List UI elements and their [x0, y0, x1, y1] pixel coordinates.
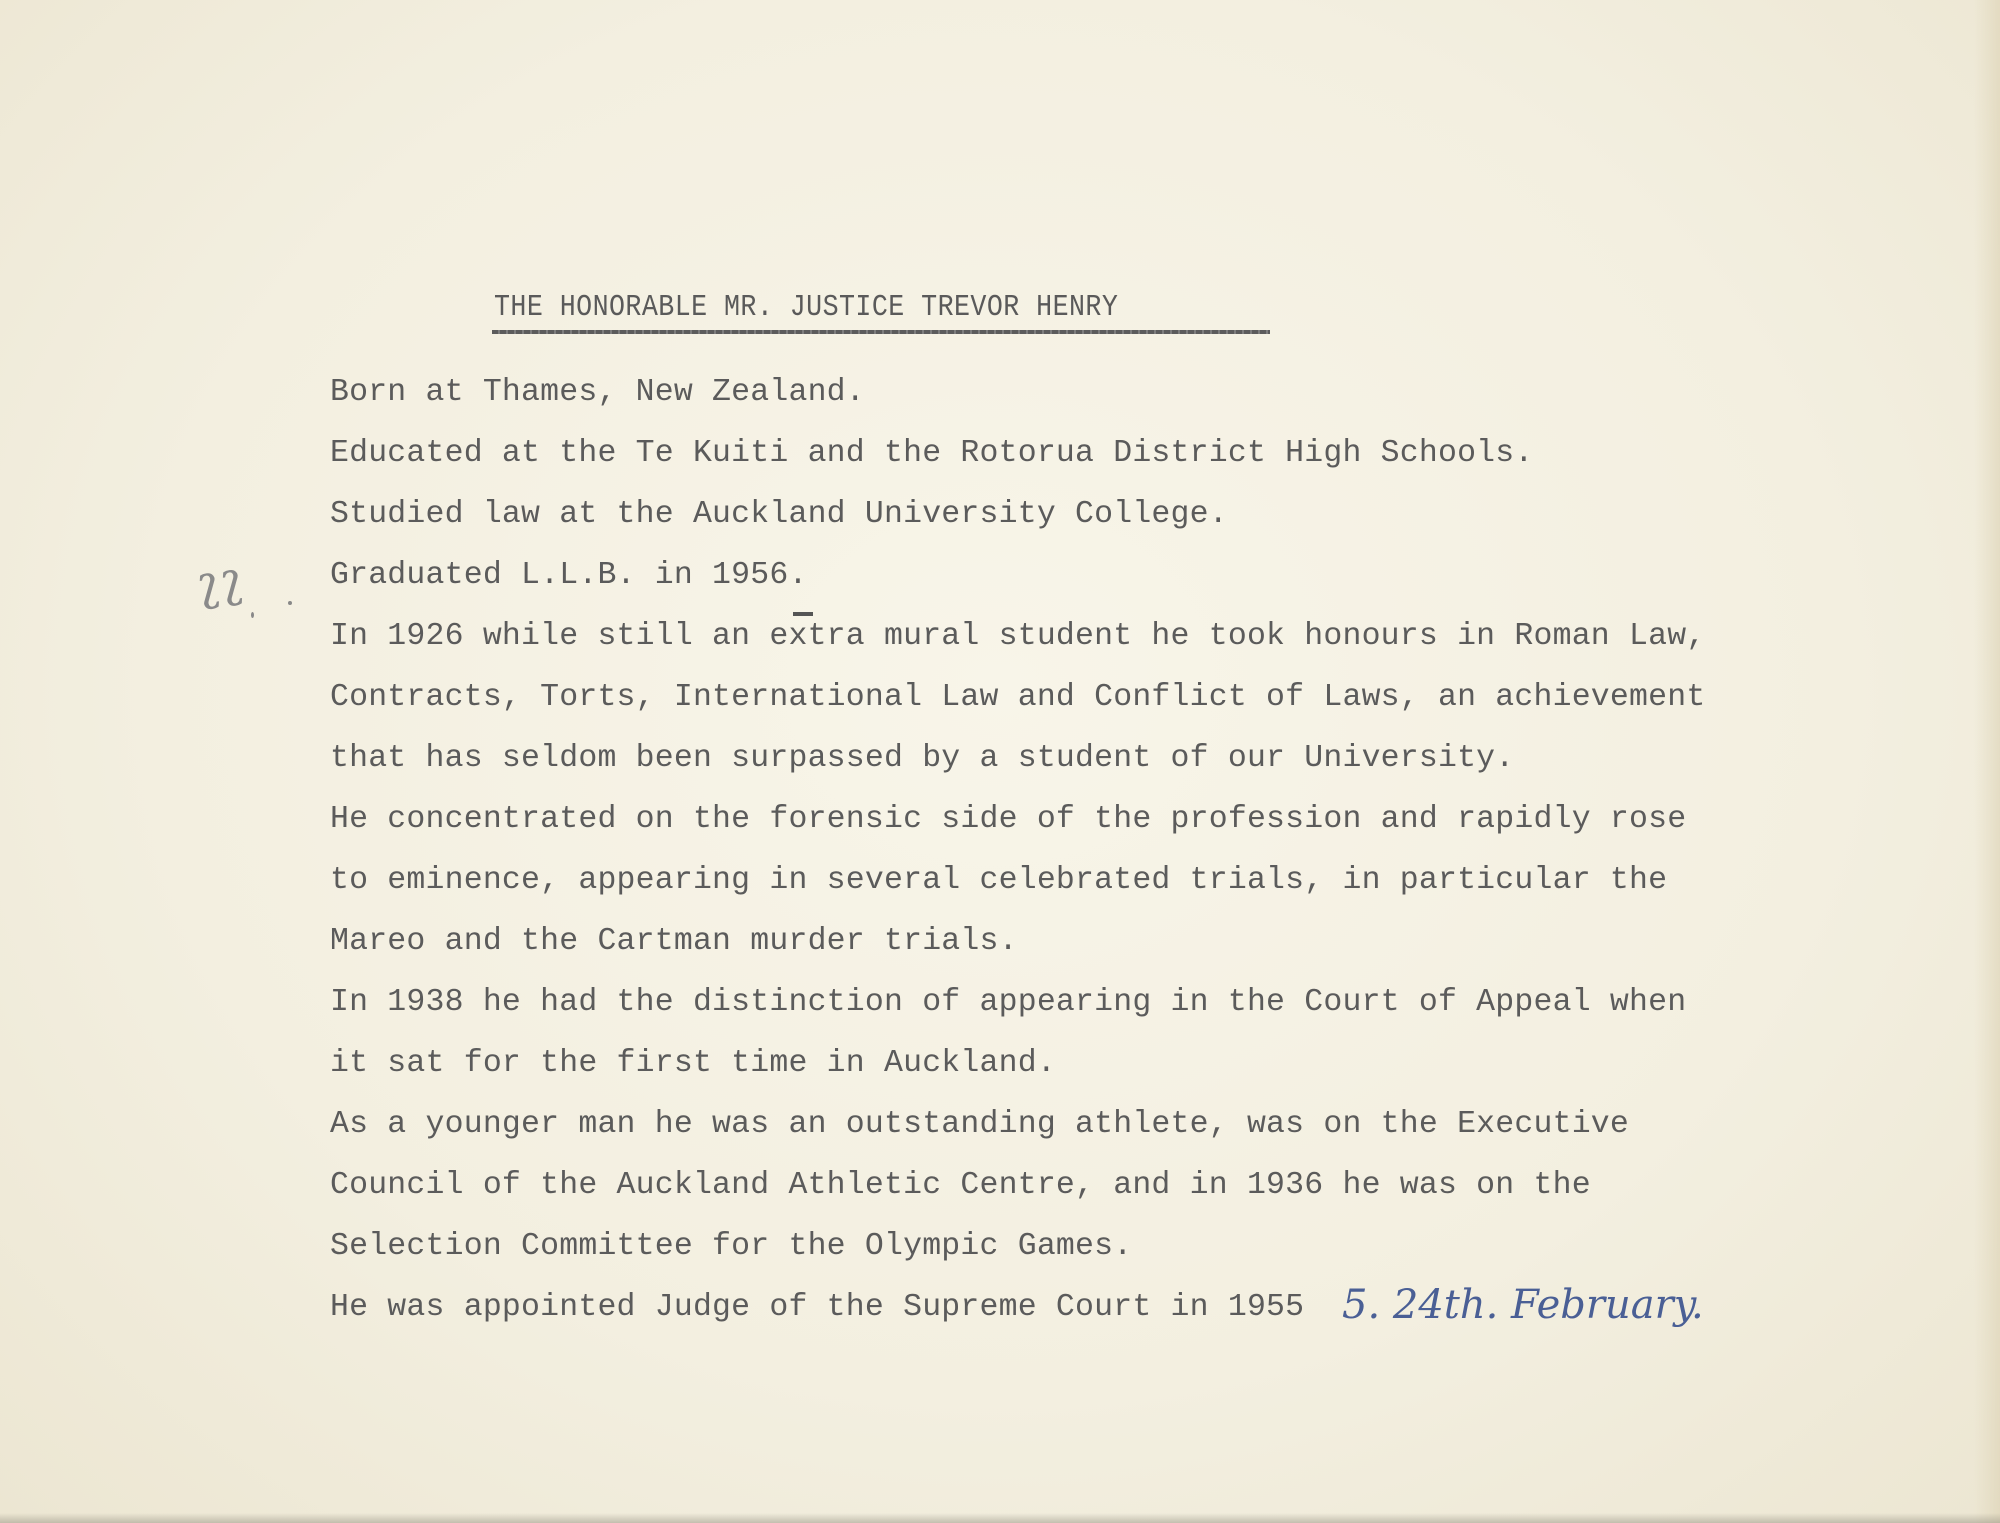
bio-line-law-studies: Studied law at the Auckland University C… — [330, 497, 1228, 532]
handwritten-date-annotation: 5. 24th. February. — [1342, 1282, 1704, 1328]
bio-line-athletics-2: Council of the Auckland Athletic Centre,… — [330, 1168, 1591, 1203]
typewriter-overstrike-mark — [793, 612, 813, 616]
bio-line-birthplace: Born at Thames, New Zealand. — [330, 375, 865, 410]
title-underline — [492, 330, 1270, 334]
bio-line-appeal-2: it sat for the first time in Auckland. — [330, 1046, 1056, 1081]
bio-line-career-3: Mareo and the Cartman murder trials. — [330, 924, 1018, 959]
paper-bottom-edge — [0, 1513, 2000, 1523]
paper-edge-shadow — [1974, 0, 2000, 1523]
bio-line-honours-2: Contracts, Torts, International Law and … — [330, 680, 1705, 715]
bio-line-honours-1: In 1926 while still an extra mural stude… — [330, 619, 1705, 654]
bio-line-education: Educated at the Te Kuiti and the Rotorua… — [330, 436, 1534, 471]
bio-line-appointment: He was appointed Judge of the Supreme Co… — [330, 1290, 1304, 1325]
bio-line-career-1: He concentrated on the forensic side of … — [330, 802, 1686, 837]
bio-line-athletics-1: As a younger man he was an outstanding a… — [330, 1107, 1629, 1142]
document-title: THE HONORABLE MR. JUSTICE TREVOR HENRY — [494, 290, 1118, 325]
ink-speck — [251, 612, 254, 618]
bio-line-career-2: to eminence, appearing in several celebr… — [330, 863, 1667, 898]
handwritten-margin-mark: ʅʅ — [192, 550, 246, 612]
bio-line-appeal-1: In 1938 he had the distinction of appear… — [330, 985, 1686, 1020]
bio-line-honours-3: that has seldom been surpassed by a stud… — [330, 741, 1514, 776]
bio-line-graduation: Graduated L.L.B. in 1956. — [330, 558, 808, 593]
ink-speck — [288, 601, 292, 605]
bio-line-athletics-3: Selection Committee for the Olympic Game… — [330, 1229, 1132, 1264]
